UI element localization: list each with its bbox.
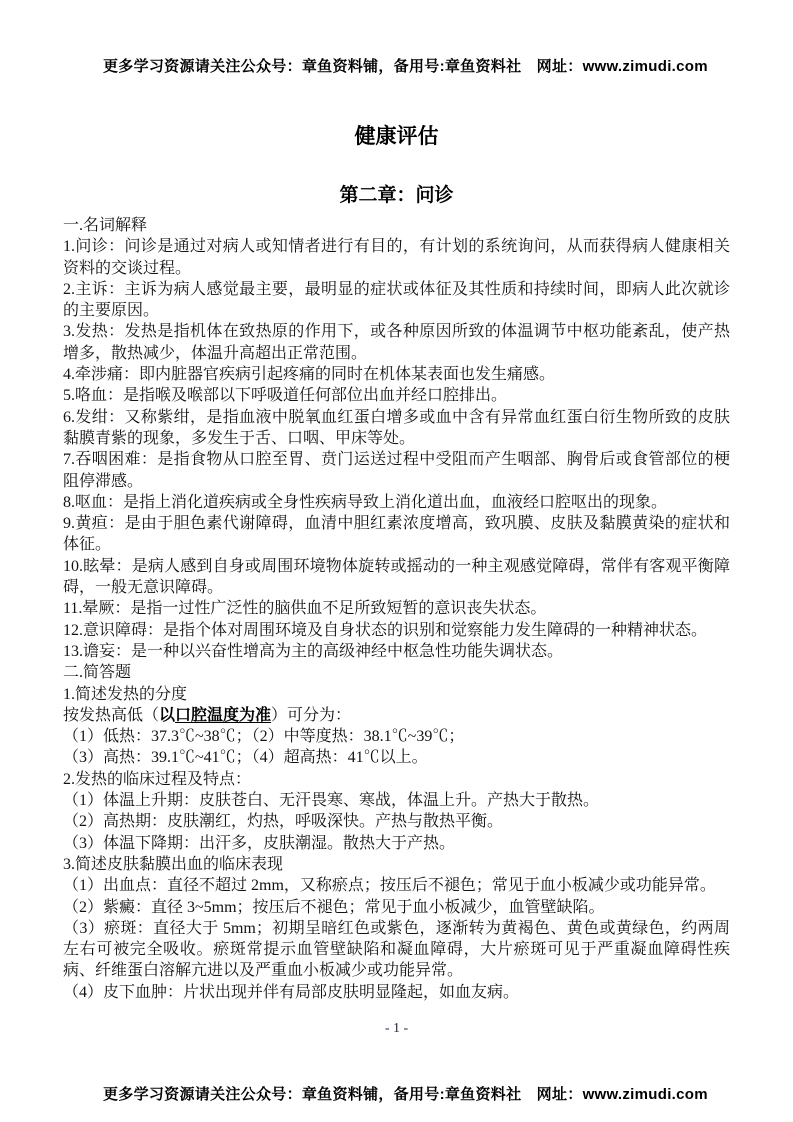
fever-line-bold: 以口腔温度为准 — [159, 707, 271, 724]
term-item: 4.牵涉痛：即内脏器官疾病引起疼痛的同时在机体某表面也发生痛感。 — [63, 364, 730, 385]
fever-line-pre: 按发热高低（ — [63, 707, 159, 724]
answer-line: （3）体温下降期：出汗多，皮肤潮湿。散热大于产热。 — [63, 833, 730, 854]
answer-line: （1）出血点：直径不超过 2mm，又称瘀点；按压后不褪色；常见于血小板减少或功能… — [63, 875, 730, 896]
answer-line: （3）瘀斑：直径大于 5mm；初期呈暗红色或紫色，逐渐转为黄褐色、黄色或黄绿色，… — [63, 918, 730, 982]
answer-line: （1）体温上升期：皮肤苍白、无汗畏寒、寒战，体温上升。产热大于散热。 — [63, 790, 730, 811]
section-heading-questions: 二.简答题 — [63, 662, 730, 683]
answer-line: （2）紫癜：直径 3~5mm；按压后不褪色；常见于血小板减少，血管壁缺陷。 — [63, 897, 730, 918]
answer-line: （1）低热：37.3℃~38℃；（2）中等度热：38.1℃~39℃； — [63, 726, 730, 747]
term-item: 7.吞咽困难：是指食物从口腔至胃、贲门运送过程中受阻而产生咽部、胸骨后或食管部位… — [63, 449, 730, 492]
document-title: 健康评估 — [0, 120, 793, 150]
document-body: 一.名词解释 1.问诊：问诊是通过对病人或知情者进行有目的，有计划的系统询问，从… — [63, 215, 730, 1003]
page-number: - 1 - — [0, 1021, 793, 1037]
question-heading: 3.简述皮肤黏膜出血的临床表现 — [63, 854, 730, 875]
fever-grading-line: 按发热高低（以口腔温度为准）可分为： — [63, 705, 730, 726]
answer-line: （3）高热：39.1℃~41℃；（4）超高热：41℃以上。 — [63, 747, 730, 768]
term-item: 8.呕血：是指上消化道疾病或全身性疾病导致上消化道出血，血液经口腔呕出的现象。 — [63, 492, 730, 513]
term-item: 1.问诊：问诊是通过对病人或知情者进行有目的，有计划的系统询问，从而获得病人健康… — [63, 236, 730, 279]
answer-line: （2）高热期：皮肤潮红，灼热，呼吸深快。产热与散热平衡。 — [63, 811, 730, 832]
question-heading: 1.简述发热的分度 — [63, 684, 730, 705]
question-heading: 2.发热的临床过程及特点： — [63, 769, 730, 790]
header-text: 更多学习资源请关注公众号：章鱼资料铺，备用号:章鱼资料社 网址：www.zimu… — [103, 58, 708, 75]
section-heading-terms: 一.名词解释 — [63, 215, 730, 236]
term-item: 11.晕厥：是指一过性广泛性的脑供血不足所致短暂的意识丧失状态。 — [63, 598, 730, 619]
fever-line-post: ）可分为： — [271, 707, 351, 724]
fever-line-underlined-text: 口腔温度为准 — [175, 707, 271, 724]
term-item: 5.咯血：是指喉及喉部以下呼吸道任何部位出血并经口腔排出。 — [63, 385, 730, 406]
term-item: 10.眩晕：是病人感到自身或周围环境物体旋转或摇动的一种主观感觉障碍，常伴有客观… — [63, 556, 730, 599]
answer-line: （4）皮下血肿：片状出现并伴有局部皮肤明显隆起，如血友病。 — [63, 982, 730, 1003]
term-item: 12.意识障碍：是指个体对周围环境及自身状态的识别和觉察能力发生障碍的一种精神状… — [63, 620, 730, 641]
fever-line-bold-text: 以 — [159, 707, 175, 724]
footer-text: 更多学习资源请关注公众号：章鱼资料铺，备用号:章鱼资料社 网址：www.zimu… — [103, 1086, 708, 1103]
chapter-heading: 第二章：问诊 — [0, 180, 793, 207]
term-item: 13.谵妄：是一种以兴奋性增高为主的高级神经中枢急性功能失调状态。 — [63, 641, 730, 662]
term-item: 6.发绀：又称紫绀，是指血液中脱氧血红蛋白增多或血中含有异常血红蛋白衍生物所致的… — [63, 407, 730, 450]
term-item: 2.主诉：主诉为病人感觉最主要，最明显的症状或体征及其性质和持续时间，即病人此次… — [63, 279, 730, 322]
document-page: 更多学习资源请关注公众号：章鱼资料铺，备用号:章鱼资料社 网址：www.zimu… — [0, 0, 793, 1122]
page-footer: 更多学习资源请关注公众号：章鱼资料铺，备用号:章鱼资料社 网址：www.zimu… — [0, 1066, 793, 1121]
term-item: 9.黄疸：是由于胆色素代谢障碍，血清中胆红素浓度增高，致巩膜、皮肤及黏膜黄染的症… — [63, 513, 730, 556]
page-header: 更多学习资源请关注公众号：章鱼资料铺，备用号:章鱼资料社 网址：www.zimu… — [0, 38, 793, 93]
term-item: 3.发热：发热是指机体在致热原的作用下，或各种原因所致的体温调节中枢功能紊乱，使… — [63, 321, 730, 364]
